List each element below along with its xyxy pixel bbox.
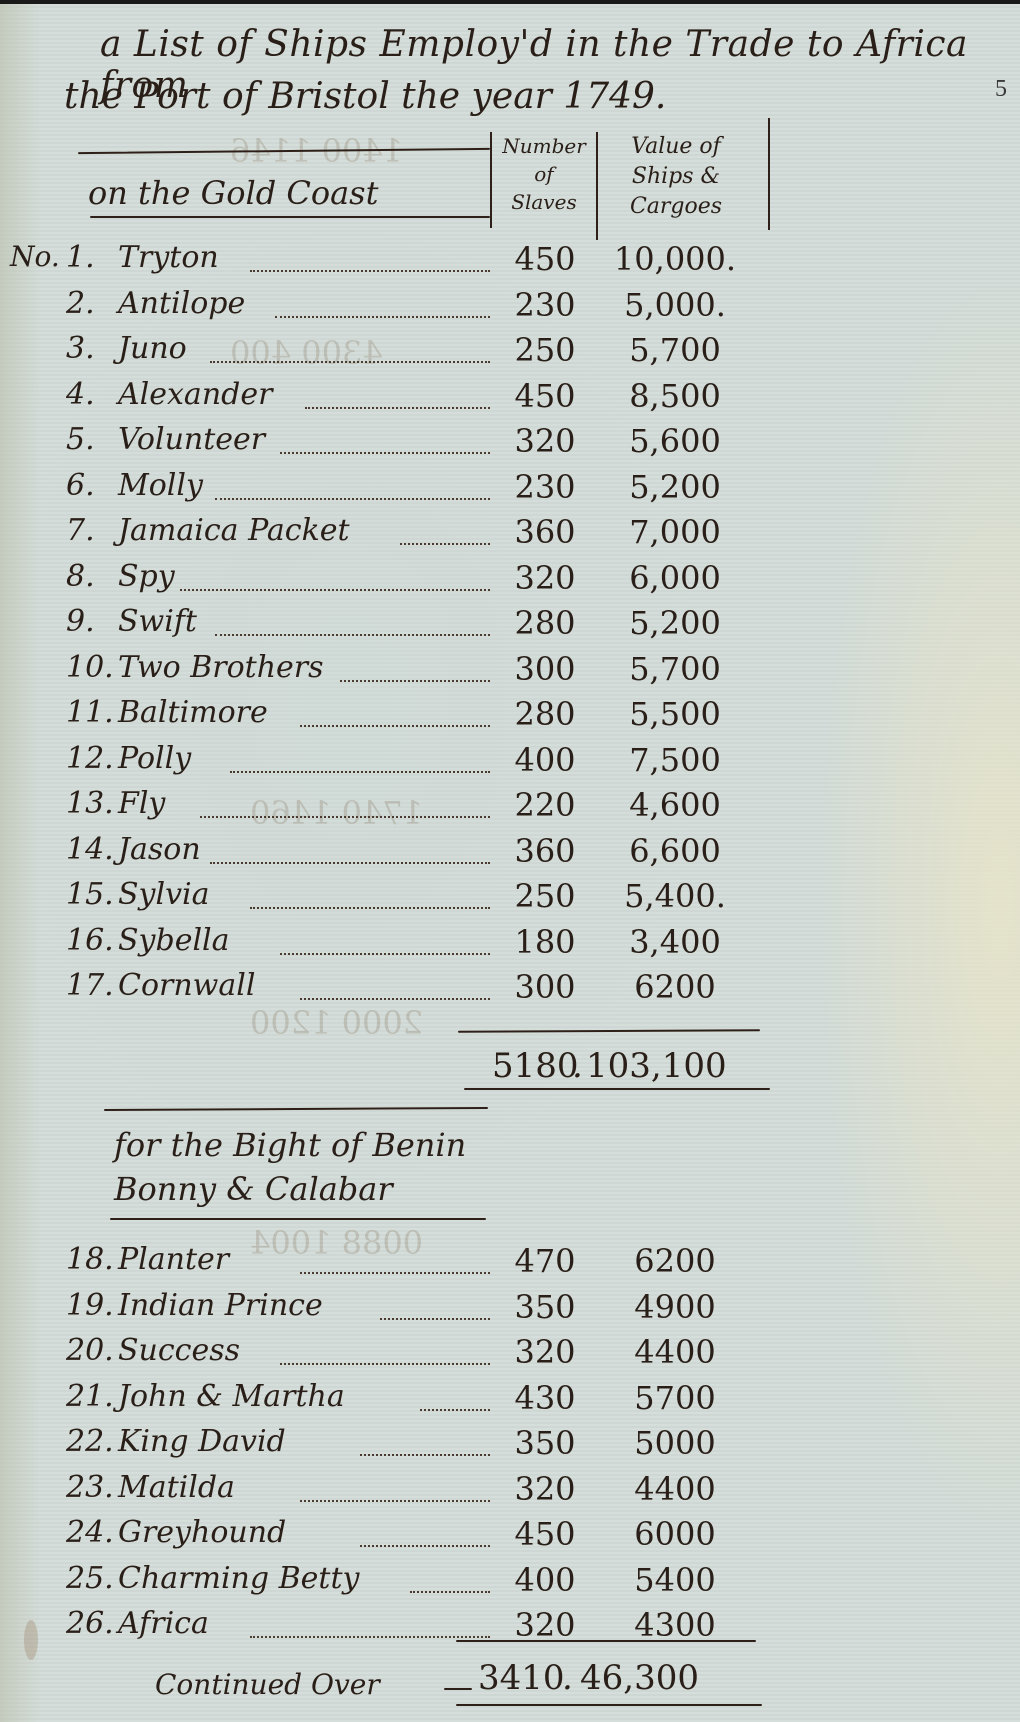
ship-number: 21. <box>66 1379 118 1414</box>
ship-row: 26.Africa3204300 <box>0 1606 1020 1650</box>
ship-name: Cornwall <box>118 968 255 1003</box>
leader-line <box>300 998 490 1000</box>
continued-rule-bottom <box>456 1704 762 1706</box>
ship-cargo-value: 4300 <box>610 1606 740 1644</box>
ship-name: Juno <box>118 331 187 366</box>
ship-name: Africa <box>118 1606 209 1641</box>
ship-name: Two Brothers <box>118 650 324 685</box>
ship-cargo-value: 6,600 <box>610 832 740 870</box>
slave-count: 320 <box>500 1470 590 1508</box>
ship-cargo-value: 4400 <box>610 1470 740 1508</box>
ship-row: 24.Greyhound4506000 <box>0 1515 1020 1559</box>
slave-count: 320 <box>500 1333 590 1371</box>
ship-number: 16. <box>66 923 118 958</box>
ship-row: No.1.Tryton45010,000. <box>0 240 1020 284</box>
leader-line <box>305 407 490 409</box>
leader-line <box>360 1454 490 1456</box>
ship-row: 4.Alexander4508,500 <box>0 377 1020 421</box>
bight-total-value: 46,300 <box>580 1658 699 1698</box>
slave-count: 450 <box>500 377 590 415</box>
ship-row: 8.Spy3206,000 <box>0 559 1020 603</box>
ship-number: 12. <box>66 741 118 776</box>
ship-cargo-value: 5,700 <box>610 650 740 688</box>
header-rule-bottom <box>90 216 490 218</box>
leader-line <box>250 1636 490 1638</box>
ship-name: Success <box>118 1333 240 1368</box>
leader-line <box>210 862 490 864</box>
continued-leader-dash <box>444 1688 472 1690</box>
total-rule-bottom <box>464 1088 770 1090</box>
ship-number: 10. <box>66 650 118 685</box>
ship-cargo-value: 8,500 <box>610 377 740 415</box>
ship-number: 14. <box>66 832 118 867</box>
ship-row: 2.Antilope2305,000. <box>0 286 1020 330</box>
ship-name: Tryton <box>118 240 219 275</box>
ship-cargo-value: 4900 <box>610 1288 740 1326</box>
ship-cargo-value: 7,000 <box>610 513 740 551</box>
ship-cargo-value: 5,200 <box>610 468 740 506</box>
slave-count: 280 <box>500 695 590 733</box>
leader-line <box>250 270 490 272</box>
ship-row: 7.Jamaica Packet3607,000 <box>0 513 1020 557</box>
slave-count: 430 <box>500 1379 590 1417</box>
ship-row: 12.Polly4007,500 <box>0 741 1020 785</box>
slave-count: 400 <box>500 741 590 779</box>
ship-row: 20.Success3204400 <box>0 1333 1020 1377</box>
ship-row: 3.Juno2505,700 <box>0 331 1020 375</box>
ship-number: 2. <box>66 286 118 321</box>
ship-number: 17. <box>66 968 118 1003</box>
ship-cargo-value: 10,000. <box>610 240 740 278</box>
gold-coast-total-slaves: 5180 <box>492 1046 579 1086</box>
ship-number: 23. <box>66 1470 118 1505</box>
leader-line <box>340 680 490 682</box>
ship-number: 15. <box>66 877 118 912</box>
leader-line <box>400 543 490 545</box>
leader-line <box>210 361 490 363</box>
ship-number: 1. <box>66 240 118 275</box>
ship-cargo-value: 5,600 <box>610 422 740 460</box>
ship-cargo-value: 5,400. <box>610 877 740 915</box>
ship-row: 21.John & Martha4305700 <box>0 1379 1020 1423</box>
slave-count: 350 <box>500 1424 590 1462</box>
ship-number: 22. <box>66 1424 118 1459</box>
slave-count: 400 <box>500 1561 590 1599</box>
slave-count: 320 <box>500 422 590 460</box>
ship-name: John & Martha <box>118 1379 345 1414</box>
slave-count: 180 <box>500 923 590 961</box>
ship-row: 22.King David3505000 <box>0 1424 1020 1468</box>
ship-row: 5.Volunteer3205,600 <box>0 422 1020 466</box>
page-number: 5 <box>995 76 1007 103</box>
leader-line <box>280 452 490 454</box>
ship-cargo-value: 5000 <box>610 1424 740 1462</box>
slave-count: 250 <box>500 877 590 915</box>
manuscript-page: 1400 1146 4300 400 1740 1460 2000 1200 0… <box>0 4 1020 1722</box>
ship-row: 9.Swift2805,200 <box>0 604 1020 648</box>
leader-line <box>215 498 490 500</box>
slave-count: 470 <box>500 1242 590 1280</box>
total-separator-dot: . <box>572 1046 583 1086</box>
column-header-slaves: Number of Slaves <box>494 132 594 216</box>
ship-row: 19.Indian Prince3504900 <box>0 1288 1020 1332</box>
ship-row: 23.Matilda3204400 <box>0 1470 1020 1514</box>
ship-cargo-value: 6,000 <box>610 559 740 597</box>
ship-name: Molly <box>118 468 203 503</box>
ship-row: 17.Cornwall3006200 <box>0 968 1020 1012</box>
number-mark: No. <box>10 240 60 273</box>
leader-line <box>200 816 490 818</box>
slave-count: 320 <box>500 1606 590 1644</box>
continued-over-label: Continued Over <box>155 1668 380 1701</box>
total-separator-dot: . <box>562 1658 573 1698</box>
ship-number: 6. <box>66 468 118 503</box>
ship-number: 7. <box>66 513 118 548</box>
leader-line <box>230 771 490 773</box>
slave-count: 250 <box>500 331 590 369</box>
ship-cargo-value: 5,000. <box>610 286 740 324</box>
leader-line <box>180 589 490 591</box>
ship-cargo-value: 5400 <box>610 1561 740 1599</box>
ship-cargo-value: 6000 <box>610 1515 740 1553</box>
ship-name: Baltimore <box>118 695 268 730</box>
leader-line <box>275 316 490 318</box>
slave-count: 450 <box>500 240 590 278</box>
slave-count: 220 <box>500 786 590 824</box>
leader-line <box>300 1272 490 1274</box>
ship-name: Jason <box>118 832 201 867</box>
ship-cargo-value: 5700 <box>610 1379 740 1417</box>
ship-cargo-value: 6200 <box>610 968 740 1006</box>
slave-count: 320 <box>500 559 590 597</box>
ship-number: 9. <box>66 604 118 639</box>
leader-line <box>280 953 490 955</box>
ship-row: 14.Jason3606,600 <box>0 832 1020 876</box>
ship-cargo-value: 5,200 <box>610 604 740 642</box>
ship-row: 13.Fly2204,600 <box>0 786 1020 830</box>
slave-count: 230 <box>500 286 590 324</box>
leader-line <box>300 725 490 727</box>
leader-line <box>360 1545 490 1547</box>
ship-number: 13. <box>66 786 118 821</box>
ship-cargo-value: 4400 <box>610 1333 740 1371</box>
ship-row: 15.Sylvia2505,400. <box>0 877 1020 921</box>
ship-row: 18.Planter4706200 <box>0 1242 1020 1286</box>
ship-name: Antilope <box>118 286 245 321</box>
ship-name: Polly <box>118 741 191 776</box>
ship-number: 5. <box>66 422 118 457</box>
ship-number: 26. <box>66 1606 118 1641</box>
total-rule-top <box>458 1029 760 1033</box>
slave-count: 230 <box>500 468 590 506</box>
section-title-bonny-calabar: Bonny & Calabar <box>114 1170 393 1208</box>
slave-count: 300 <box>500 650 590 688</box>
ship-row: 11.Baltimore2805,500 <box>0 695 1020 739</box>
slave-count: 450 <box>500 1515 590 1553</box>
section-title-gold-coast: on the Gold Coast <box>88 174 378 212</box>
ship-name: Sybella <box>118 923 230 958</box>
leader-line <box>300 1500 490 1502</box>
column-divider-3 <box>768 118 770 230</box>
bight-total-slaves: 3410 <box>478 1658 565 1698</box>
ship-name: Matilda <box>118 1470 235 1505</box>
ship-number: 18. <box>66 1242 118 1277</box>
ship-number: 20. <box>66 1333 118 1368</box>
ship-cargo-value: 4,600 <box>610 786 740 824</box>
ship-name: Indian Prince <box>118 1288 323 1323</box>
ship-number: 3. <box>66 331 118 366</box>
column-header-value: Value of Ships & Cargoes <box>606 132 746 222</box>
section-2-rule-bottom <box>110 1218 486 1220</box>
leader-line <box>380 1318 490 1320</box>
ship-name: Volunteer <box>118 422 265 457</box>
document-title-line-2: the Port of Bristol the year 1749. <box>64 76 666 117</box>
ship-name: Alexander <box>118 377 272 412</box>
ship-number: 19. <box>66 1288 118 1323</box>
ship-name: Sylvia <box>118 877 210 912</box>
ship-cargo-value: 3,400 <box>610 923 740 961</box>
leader-line <box>420 1409 490 1411</box>
ship-name: King David <box>118 1424 286 1459</box>
ship-cargo-value: 5,500 <box>610 695 740 733</box>
ship-name: Spy <box>118 559 175 594</box>
ship-cargo-value: 6200 <box>610 1242 740 1280</box>
ship-name: Greyhound <box>118 1515 286 1550</box>
slave-count: 360 <box>500 832 590 870</box>
ship-row: 6.Molly2305,200 <box>0 468 1020 512</box>
ship-number: 4. <box>66 377 118 412</box>
ship-number: 25. <box>66 1561 118 1596</box>
section-title-bight-of-benin: for the Bight of Benin <box>114 1126 466 1164</box>
ship-number: 8. <box>66 559 118 594</box>
leader-line <box>215 634 490 636</box>
ship-name: Jamaica Packet <box>118 513 350 548</box>
slave-count: 280 <box>500 604 590 642</box>
ship-row: 16.Sybella1803,400 <box>0 923 1020 967</box>
slave-count: 300 <box>500 968 590 1006</box>
ship-name: Swift <box>118 604 197 639</box>
ship-row: 10.Two Brothers3005,700 <box>0 650 1020 694</box>
continued-rule-top <box>456 1640 756 1642</box>
column-divider-1 <box>490 132 492 228</box>
slave-count: 350 <box>500 1288 590 1326</box>
leader-line <box>410 1591 490 1593</box>
ship-number: 11. <box>66 695 118 730</box>
ship-name: Charming Betty <box>118 1561 359 1596</box>
section-2-rule-top <box>104 1107 488 1111</box>
leader-line <box>250 907 490 909</box>
ship-name: Planter <box>118 1242 229 1277</box>
ship-cargo-value: 7,500 <box>610 741 740 779</box>
ship-row: 25.Charming Betty4005400 <box>0 1561 1020 1605</box>
leader-line <box>280 1363 490 1365</box>
ship-name: Fly <box>118 786 165 821</box>
gold-coast-total-value: 103,100 <box>586 1046 727 1086</box>
slave-count: 360 <box>500 513 590 551</box>
ship-cargo-value: 5,700 <box>610 331 740 369</box>
ship-number: 24. <box>66 1515 118 1550</box>
column-divider-2 <box>596 132 598 240</box>
